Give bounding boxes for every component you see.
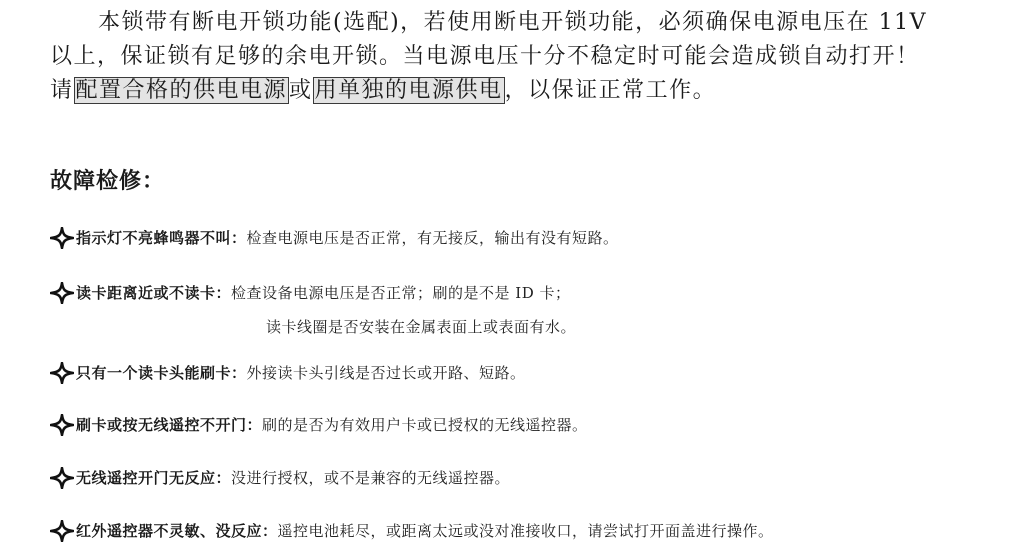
troubleshooting-item: 无线遥控开门无反应： 没进行授权，或不是兼容的无线遥控器。 — [50, 467, 510, 489]
item-title: 只有一个读卡头能刷卡： — [76, 362, 247, 384]
document-page: 本锁带有断电开锁功能(选配)，若使用断电开锁功能，必须确保电源电压在 11V 以… — [0, 0, 1024, 543]
item-title: 红外遥控器不灵敏、没反应： — [76, 520, 278, 542]
troubleshooting-item: 读卡距离近或不读卡： 检查设备电源电压是否正常；刷的是不是 ID 卡； — [50, 282, 571, 304]
troubleshooting-heading: 故障检修： — [50, 164, 165, 195]
troubleshooting-item: 红外遥控器不灵敏、没反应： 遥控电池耗尽，或距离太远或没对准接收口，请尝试打开面… — [50, 520, 774, 542]
item-description: 遥控电池耗尽，或距离太远或没对准接收口，请尝试打开面盖进行操作。 — [278, 520, 774, 542]
highlight-box-power-supply: 配置合格的供电电源 — [74, 77, 290, 104]
intro-line-2: 以上，保证锁有足够的余电开锁。当电源电压十分不稳定时可能会造成锁自动打开！ — [50, 40, 990, 74]
highlight-box-separate-power: 用单独的电源供电 — [313, 77, 505, 104]
item-description: 外接读卡头引线是否过长或开路、短路。 — [247, 362, 526, 384]
intro-line-3-mid: 或 — [289, 78, 313, 103]
troubleshooting-item: 只有一个读卡头能刷卡： 外接读卡头引线是否过长或开路、短路。 — [50, 362, 526, 384]
four-point-star-icon — [50, 227, 74, 249]
intro-line-3-prefix: 请 — [50, 78, 74, 103]
intro-line-3-suffix: ，以保证正常工作。 — [505, 78, 717, 103]
item-title: 读卡距离近或不读卡： — [76, 282, 231, 304]
item-description: 检查电源电压是否正常，有无接反，输出有没有短路。 — [247, 227, 619, 249]
four-point-star-icon — [50, 414, 74, 436]
troubleshooting-item: 指示灯不亮蜂鸣器不叫： 检查电源电压是否正常，有无接反，输出有没有短路。 — [50, 227, 619, 249]
troubleshooting-item: 刷卡或按无线遥控不开门： 刷的是否为有效用户卡或已授权的无线遥控器。 — [50, 414, 588, 436]
four-point-star-icon — [50, 520, 74, 542]
item-description: 刷的是否为有效用户卡或已授权的无线遥控器。 — [262, 414, 588, 436]
item-title: 指示灯不亮蜂鸣器不叫： — [76, 227, 247, 249]
item-description: 没进行授权，或不是兼容的无线遥控器。 — [231, 467, 510, 489]
item-description: 检查设备电源电压是否正常；刷的是不是 ID 卡； — [231, 282, 571, 304]
four-point-star-icon — [50, 467, 74, 489]
four-point-star-icon — [50, 362, 74, 384]
intro-line-1: 本锁带有断电开锁功能(选配)，若使用断电开锁功能，必须确保电源电压在 11V — [50, 6, 990, 40]
item-description-continued: 读卡线圈是否安装在金属表面上或表面有水。 — [266, 316, 576, 338]
intro-line-3: 请配置合格的供电电源或用单独的电源供电，以保证正常工作。 — [50, 74, 990, 108]
item-title: 刷卡或按无线遥控不开门： — [76, 414, 262, 436]
four-point-star-icon — [50, 282, 74, 304]
item-title: 无线遥控开门无反应： — [76, 467, 231, 489]
intro-paragraph: 本锁带有断电开锁功能(选配)，若使用断电开锁功能，必须确保电源电压在 11V 以… — [50, 6, 990, 108]
